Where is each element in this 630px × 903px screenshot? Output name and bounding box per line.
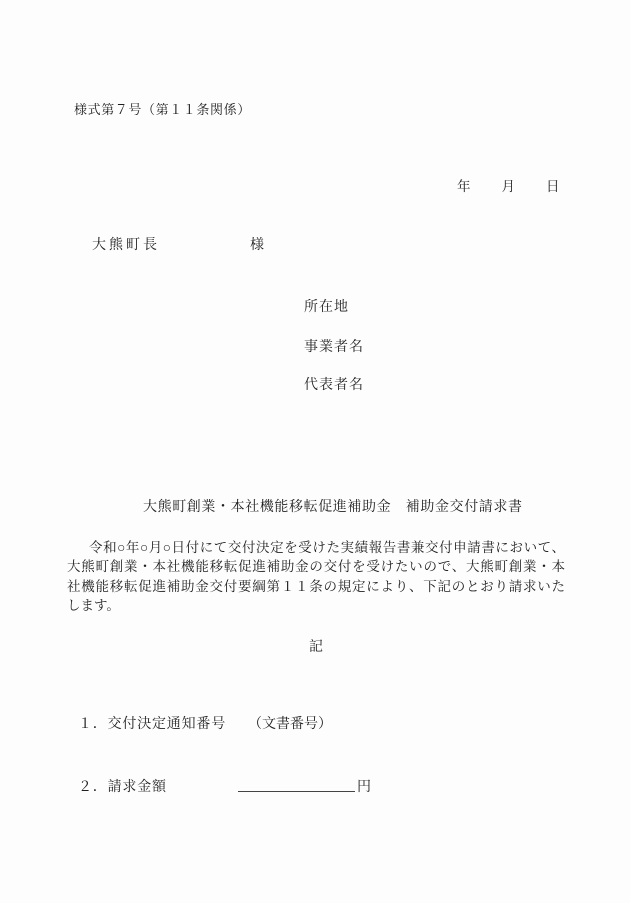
form-number: 様式第７号（第１１条関係） — [74, 99, 251, 118]
body-paragraph: 令和○年○月○日付にて交付決定を受けた実績報告書兼交付申請書において、 大熊町創… — [67, 538, 565, 616]
body-line: 令和○年○月○日付にて交付決定を受けた実績報告書兼交付申請書において、 — [67, 538, 565, 557]
item-2-label: ２．請求金額 — [78, 776, 167, 796]
body-line: します。 — [67, 596, 565, 615]
body-line: 大熊町創業・本社機能移転促進補助金の交付を受けたいので、大熊町創業・本 — [67, 557, 565, 576]
item-1-label: １．交付決定通知番号 — [78, 713, 226, 733]
representative-name-field-label: 代表者名 — [304, 374, 364, 394]
month-label: 月 — [502, 175, 516, 195]
item-1-note: （文書番号） — [248, 713, 332, 733]
document-title: 大熊町創業・本社機能移転促進補助金 補助金交付請求書 — [143, 496, 523, 516]
day-label: 日 — [546, 175, 560, 195]
date-line: 年 月 日 — [457, 175, 560, 195]
year-label: 年 — [457, 175, 471, 195]
amount-blank-line — [238, 776, 355, 792]
addressee-honorific: 様 — [250, 234, 264, 254]
addressee-name: 大熊町長 — [92, 234, 160, 254]
body-line: 社機能移転促進補助金交付要綱第１１条の規定により、下記のとおり請求いた — [67, 577, 565, 596]
document-page: 様式第７号（第１１条関係） 年 月 日 大熊町長 様 所在地 事業者名 代表者名… — [0, 0, 630, 903]
business-name-field-label: 事業者名 — [304, 336, 364, 356]
yen-unit-label: 円 — [357, 776, 371, 796]
address-field-label: 所在地 — [304, 296, 349, 316]
record-marker: 記 — [67, 636, 565, 656]
